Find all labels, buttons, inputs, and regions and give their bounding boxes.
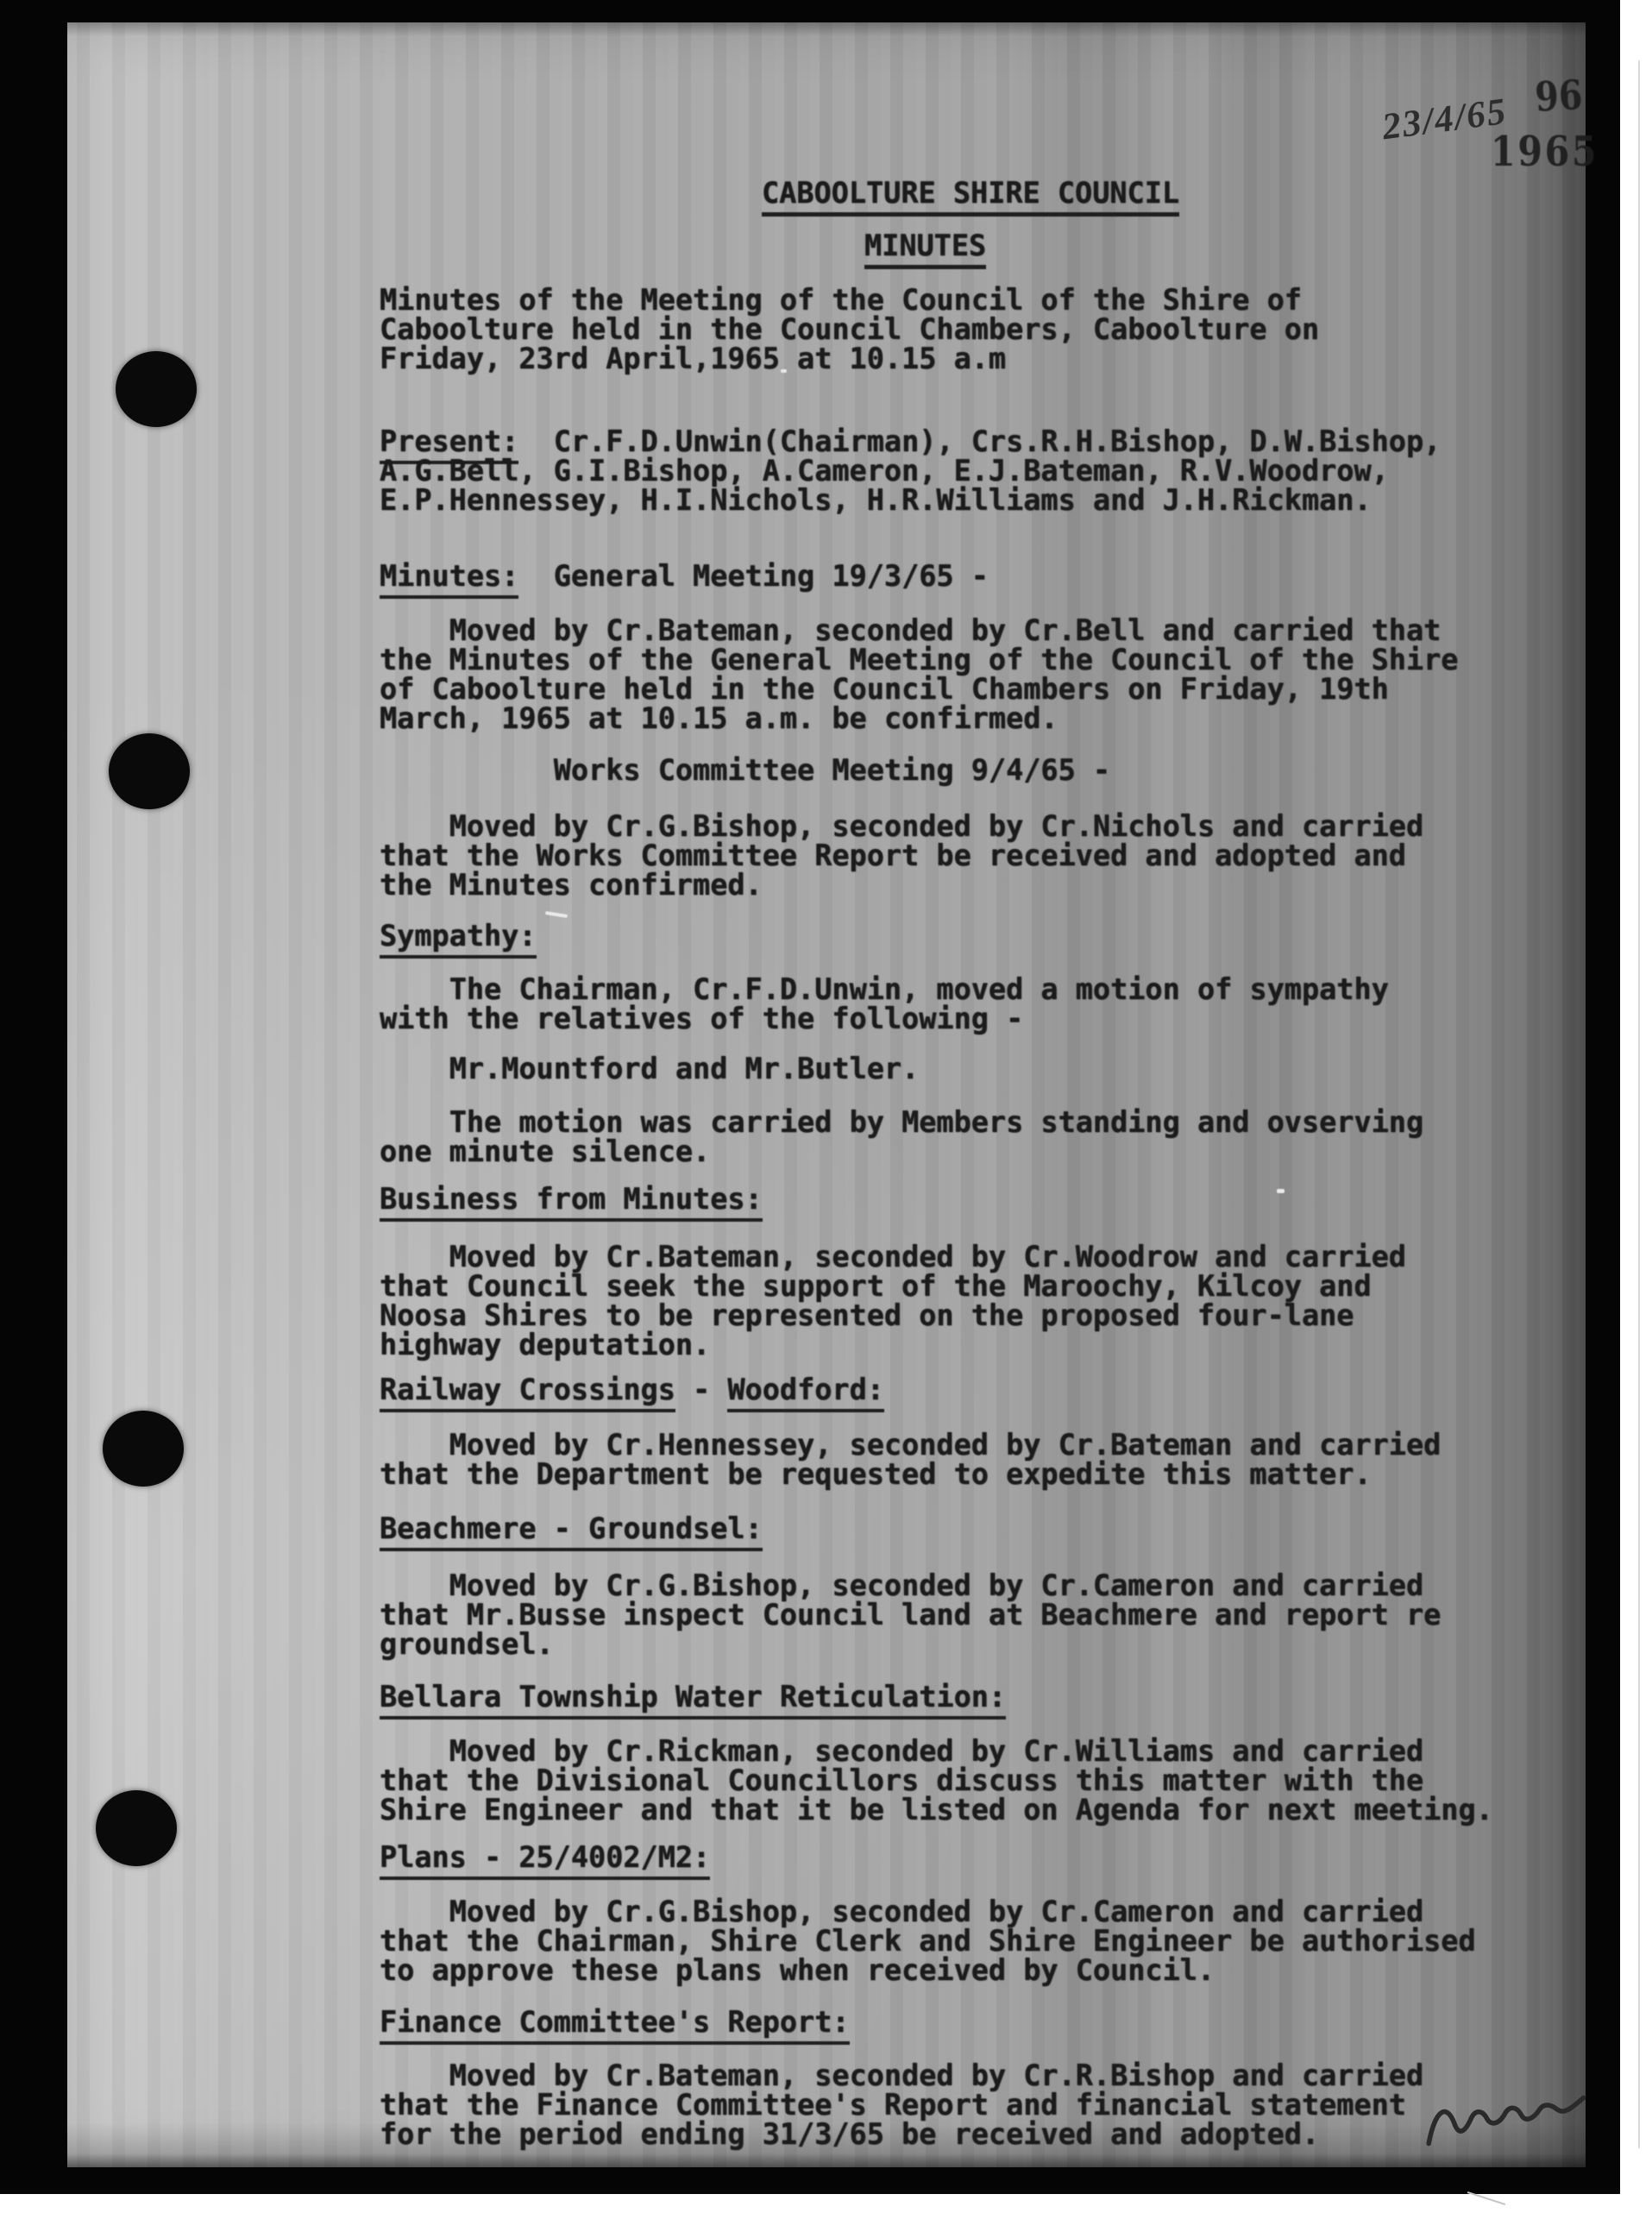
document-subtitle-text: MINUTES (864, 229, 986, 269)
bellara-heading-text: Bellara Township Water Reticulation: (380, 1680, 1006, 1719)
railway-heading-part2: Woodford: (727, 1373, 884, 1412)
plans-heading-text: Plans - 25/4002/M2: (380, 1840, 710, 1880)
scan-background: 23/4/65 96 1965 CABOOLTURE SHIRE COUNCIL… (0, 0, 1620, 2194)
present-names: Cr.F.D.Unwin(Chairman), Crs.R.H.Bishop, … (380, 424, 1441, 517)
section-sympathy-heading: Sympathy: (380, 921, 1544, 951)
business-heading-text: Business from Minutes: (380, 1182, 763, 1222)
minutes-label: Minutes: (380, 559, 518, 599)
document-subtitle: MINUTES (864, 231, 1652, 261)
section-business-heading: Business from Minutes: (380, 1185, 1544, 1214)
scan-edge-line (1638, 60, 1640, 2148)
finance-motion-paragraph: Moved by Cr.Bateman, seconded by Cr.R.Bi… (380, 2061, 1544, 2149)
section-plans-heading: Plans - 25/4002/M2: (380, 1843, 1544, 1872)
minutes-motion-paragraph: Moved by Cr.Bateman, seconded by Cr.Bell… (380, 616, 1544, 733)
section-finance-heading: Finance Committee's Report: (380, 2008, 1544, 2037)
paper-scratch (1277, 1189, 1285, 1193)
railway-heading-separator: - (675, 1373, 728, 1406)
paper-scratch (781, 369, 787, 373)
section-beachmere-heading: Beachmere - Groundsel: (380, 1514, 1544, 1543)
document-title: CABOOLTURE SHIRE COUNCIL (762, 179, 1652, 208)
present-paragraph: Present: Cr.F.D.Unwin(Chairman), Crs.R.H… (380, 427, 1544, 515)
section-bellara-heading: Bellara Township Water Reticulation: (380, 1682, 1544, 1712)
intro-paragraph: Minutes of the Meeting of the Council of… (380, 286, 1544, 374)
sympathy-names-line: Mr.Mountford and Mr.Butler. (380, 1054, 1544, 1084)
railway-motion-paragraph: Moved by Cr.Hennessey, seconded by Cr.Ba… (380, 1430, 1544, 1489)
sympathy-motion-paragraph: The Chairman, Cr.F.D.Unwin, moved a moti… (380, 975, 1544, 1034)
bellara-motion-paragraph: Moved by Cr.Rickman, seconded by Cr.Will… (380, 1737, 1544, 1825)
document-page: 23/4/65 96 1965 CABOOLTURE SHIRE COUNCIL… (67, 22, 1586, 2167)
finance-heading-text: Finance Committee's Report: (380, 2005, 850, 2045)
works-meeting-line: Works Committee Meeting 9/4/65 - (380, 756, 1544, 785)
document-title-text: CABOOLTURE SHIRE COUNCIL (762, 176, 1179, 217)
works-motion-paragraph: Moved by Cr.G.Bishop, seconded by Cr.Nic… (380, 812, 1544, 900)
section-railway-heading: Railway Crossings - Woodford: (380, 1375, 1544, 1405)
minutes-reference-line: Minutes: General Meeting 19/3/65 - (380, 562, 1544, 591)
minutes-reference-text: General Meeting 19/3/65 - (518, 559, 989, 593)
beachmere-motion-paragraph: Moved by Cr.G.Bishop, seconded by Cr.Cam… (380, 1571, 1544, 1659)
business-motion-paragraph: Moved by Cr.Bateman, seconded by Cr.Wood… (380, 1242, 1544, 1360)
beachmere-heading-text: Beachmere - Groundsel: (380, 1512, 763, 1551)
plans-motion-paragraph: Moved by Cr.G.Bishop, seconded by Cr.Cam… (380, 1897, 1544, 1985)
sympathy-heading-text: Sympathy: (380, 919, 537, 959)
typewritten-content: CABOOLTURE SHIRE COUNCIL MINUTES Minutes… (67, 22, 1586, 2167)
sympathy-observance-paragraph: The motion was carried by Members standi… (380, 1108, 1544, 1166)
railway-heading-part1: Railway Crossings (380, 1373, 675, 1412)
